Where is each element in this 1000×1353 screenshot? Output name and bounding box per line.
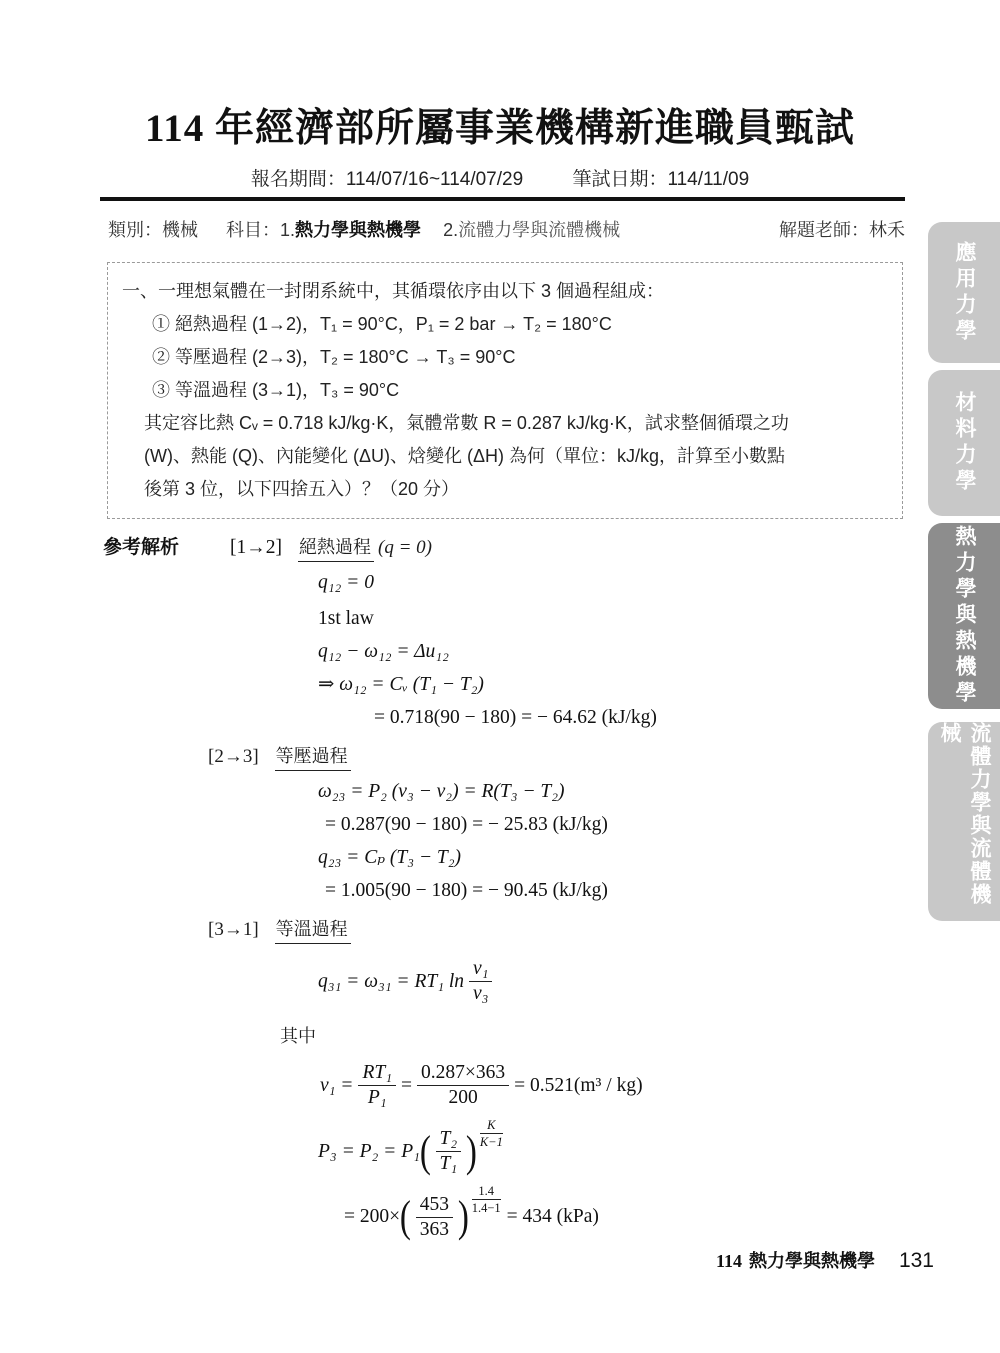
solver-name: 解題老師：林禾 xyxy=(779,216,905,242)
exponent-fraction: K K−1 xyxy=(480,1118,503,1150)
fraction-denominator: 200 xyxy=(417,1086,509,1109)
header-divider xyxy=(100,197,905,201)
equation: q₂₃ = Cₚ (T₃ − T₂) xyxy=(318,846,1000,870)
tab-label: 熱力學與熱機學 xyxy=(949,525,979,707)
equation: = 0.718(90 − 180) = − 64.62 (kJ/kg) xyxy=(374,706,1000,730)
subject-label: 科目： xyxy=(226,220,280,240)
tab-label: 材料力學 xyxy=(949,391,979,495)
fraction-numerator: v₁ xyxy=(469,958,492,982)
step-heading: 等溫過程 xyxy=(275,915,351,944)
subject2-name: 流體力學與流體機械 xyxy=(458,220,620,240)
fraction-denominator: T₁ xyxy=(436,1152,462,1175)
step-header: [3→1] 等溫過程 xyxy=(0,915,1000,944)
equation-lhs: q₃₁ = ω₃₁ = RT₁ ln xyxy=(318,970,464,994)
exam-info-row: 類別：機械 科目：1.熱力學與熱機學 2.流體力學與流體機械 解題老師：林禾 xyxy=(108,216,905,242)
sidebar-tab-0[interactable]: 應用力學 xyxy=(928,222,1000,363)
exponent-denominator: 1.4−1 xyxy=(472,1200,501,1215)
footer-year: 114 xyxy=(716,1251,742,1272)
fraction: v₁ v₃ xyxy=(469,958,492,1006)
exponent-numerator: 1.4 xyxy=(472,1184,501,1200)
exponent-fraction: 1.4 1.4−1 xyxy=(472,1184,501,1216)
fraction-numerator: 0.287×363 xyxy=(417,1062,509,1086)
question-box: 一、一理想氣體在一封閉系統中，其循環依序由以下 3 個過程組成： ① 絕熱過程 … xyxy=(107,262,903,519)
equation: = 200× ( 453 363 ) 1.4 1.4−1 = 434 (kPa) xyxy=(344,1194,1000,1242)
fraction-denominator: v₃ xyxy=(469,982,492,1005)
solution-label: 參考解析 xyxy=(103,532,179,559)
subject1-name: 熱力學與熱機學 xyxy=(295,220,421,240)
equation: ⇒ ω₁₂ = Cᵥ (T₁ − T₂) xyxy=(318,673,1000,697)
fraction: RT₁ P₁ xyxy=(358,1062,396,1110)
equals-sign: = xyxy=(401,1074,412,1098)
solution-header: 參考解析 [1→2] 絕熱過程 (q = 0) xyxy=(0,532,1000,562)
written-test-date: 筆試日期：114/11/09 xyxy=(572,169,749,190)
subject1-number: 1. xyxy=(280,220,295,240)
fraction: T₂ T₁ xyxy=(436,1128,462,1176)
equation: = 1.005(90 − 180) = − 90.45 (kJ/kg) xyxy=(325,879,1000,903)
sidebar-tab-2[interactable]: 熱力學與熱機學 xyxy=(928,523,1000,709)
tab-label: 應用力學 xyxy=(949,241,979,345)
question-line: 一、一理想氣體在一封閉系統中，其循環依序由以下 3 個過程組成： xyxy=(122,275,886,308)
sidebar-tab-1[interactable]: 材料力學 xyxy=(928,370,1000,516)
among-label: 其中 xyxy=(280,1022,1000,1048)
step-tag: [2→3] xyxy=(208,746,259,768)
question-line: 其定容比熱 Cᵥ = 0.718 kJ/kg·K，氣體常數 R = 0.287 … xyxy=(144,407,886,440)
equation: q₃₁ = ω₃₁ = RT₁ ln v₁ v₃ xyxy=(318,958,1000,1006)
equation-lhs: v₁ = xyxy=(320,1074,353,1098)
equation: ω₂₃ = P₂ (v₃ − v₂) = R(T₃ − T₂) xyxy=(318,780,1000,804)
exam-dates: 報名期間：114/07/16~114/07/29 筆試日期：114/11/09 xyxy=(0,164,1000,191)
category-label: 類別：機械 xyxy=(108,220,198,240)
question-line: ① 絕熱過程 (1→2)，T₁ = 90°C，P₁ = 2 bar → T₂ =… xyxy=(152,308,886,341)
page-number: 131 xyxy=(899,1249,934,1273)
equation-lhs: = 200× xyxy=(344,1205,400,1229)
exponent-denominator: K−1 xyxy=(480,1134,503,1149)
equation-rhs: = 0.521(m³ / kg) xyxy=(514,1074,642,1098)
step-tag: [1→2] xyxy=(230,537,282,559)
fraction: 453 363 xyxy=(416,1194,453,1242)
question-line: ② 等壓過程 (2→3)，T₂ = 180°C → T₃ = 90°C xyxy=(152,341,886,374)
footer-subject: 熱力學與熱機學 xyxy=(749,1247,875,1273)
equation: P₃ = P₂ = P₁ ( T₂ T₁ ) K K−1 xyxy=(318,1128,1000,1176)
page-footer: 114 熱力學與熱機學 131 xyxy=(716,1247,934,1273)
fraction-numerator: 453 xyxy=(416,1194,453,1218)
equation: v₁ = RT₁ P₁ = 0.287×363 200 = 0.521(m³ /… xyxy=(320,1062,1000,1110)
exponent-numerator: K xyxy=(480,1118,503,1134)
step-heading: 等壓過程 xyxy=(275,742,351,771)
equation: = 0.287(90 − 180) = − 25.83 (kJ/kg) xyxy=(325,813,1000,837)
tab-label: 流體力學與流體機械 xyxy=(934,722,994,921)
category-subjects: 類別：機械 科目：1.熱力學與熱機學 2.流體力學與流體機械 xyxy=(108,216,620,242)
equation: 1st law xyxy=(318,607,1000,631)
step-heading: 絕熱過程 xyxy=(298,533,374,562)
fraction-numerator: RT₁ xyxy=(358,1062,396,1086)
question-line: 後第 3 位，以下四捨五入）？（20 分） xyxy=(144,473,886,506)
step-header: [2→3] 等壓過程 xyxy=(0,742,1000,771)
question-line: ③ 等溫過程 (3→1)，T₃ = 90°C xyxy=(152,374,886,407)
equation: q₁₂ − ω₁₂ = Δu₁₂ xyxy=(318,640,1000,664)
step-heading-suffix: (q = 0) xyxy=(378,537,432,559)
question-line: (W)、熱能 (Q)、內能變化 (ΔU)、焓變化 (ΔH) 為何（單位：kJ/k… xyxy=(144,440,886,473)
page-title: 114 年經濟部所屬事業機構新進職員甄試 xyxy=(0,104,1000,154)
fraction-denominator: 363 xyxy=(416,1218,453,1241)
sidebar-tab-3[interactable]: 流體力學與流體機械 xyxy=(928,722,1000,921)
fraction-denominator: P₁ xyxy=(358,1086,396,1109)
exam-solution-page: 114 年經濟部所屬事業機構新進職員甄試 報名期間：114/07/16~114/… xyxy=(0,0,1000,1353)
fraction-numerator: T₂ xyxy=(436,1128,462,1152)
subject2-number: 2. xyxy=(443,220,458,240)
registration-period: 報名期間：114/07/16~114/07/29 xyxy=(251,169,523,190)
step-tag: [3→1] xyxy=(208,919,259,941)
equation-lhs: P₃ = P₂ = P₁ xyxy=(318,1140,420,1164)
equation: q₁₂ = 0 xyxy=(318,571,1000,595)
fraction: 0.287×363 200 xyxy=(417,1062,509,1110)
equation-rhs: = 434 (kPa) xyxy=(507,1205,599,1229)
